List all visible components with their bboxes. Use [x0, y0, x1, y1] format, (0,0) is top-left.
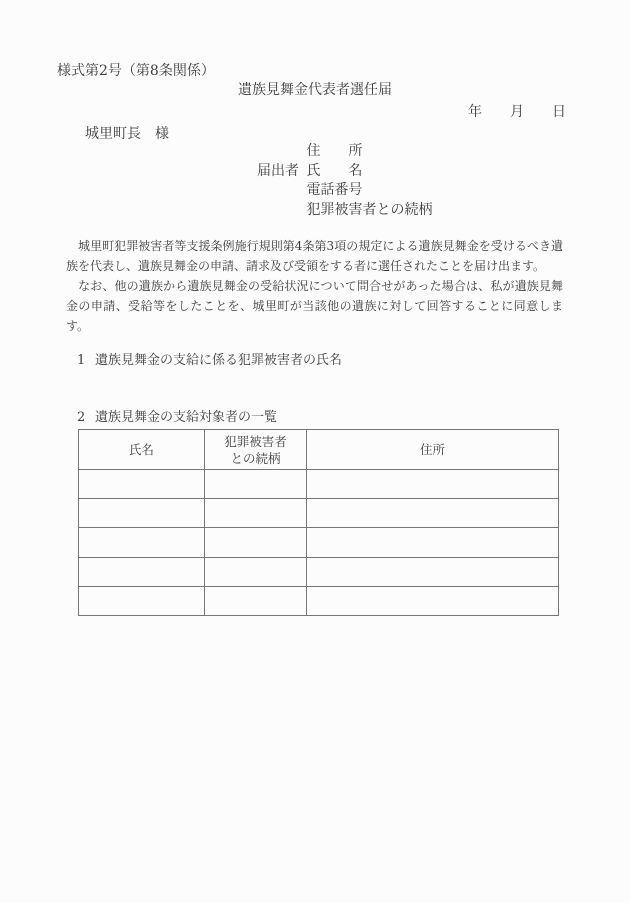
- table-header-address: 住所: [307, 430, 559, 470]
- section-2-heading: 2遺族見舞金の支給対象者の一覧: [77, 410, 277, 426]
- table-cell-empty: [79, 557, 205, 586]
- table-row: [79, 470, 559, 499]
- table-cell-empty: [79, 528, 205, 557]
- applicant-block: 住 所 届出者 氏 名 電話番号 犯罪被害者との続柄: [257, 142, 432, 220]
- body-paragraph-1: 城里町犯罪被害者等支援条例施行規則第4条第3項の規定による遺族見舞金を受けるべき…: [66, 236, 563, 276]
- table-cell-empty: [79, 470, 205, 499]
- address-field-label: 住 所: [306, 143, 362, 159]
- table-row: [79, 557, 559, 586]
- section-1-title: 遺族見舞金の支給に係る犯罪被害者の氏名: [95, 353, 342, 368]
- section-1-number: 1: [77, 353, 95, 369]
- phone-field-label: 電話番号: [306, 182, 362, 198]
- recipients-table: 氏名 犯罪被害者 との続柄 住所: [78, 429, 559, 616]
- applicant-name-row: 届出者 氏 名: [257, 162, 432, 182]
- table-cell-empty: [205, 528, 307, 557]
- table-cell-empty: [205, 586, 307, 615]
- name-field-label: 氏 名: [306, 163, 362, 179]
- applicant-address-row: 住 所: [257, 142, 432, 162]
- table-cell-empty: [79, 499, 205, 528]
- applicant-phone-row: 電話番号: [257, 181, 432, 201]
- applicant-label: 届出者: [257, 162, 302, 182]
- table-cell-empty: [307, 586, 559, 615]
- table-row: [79, 499, 559, 528]
- section-1-heading: 1遺族見舞金の支給に係る犯罪被害者の氏名: [77, 353, 342, 369]
- table-row: [79, 586, 559, 615]
- recipient-line: 城里町長 様: [85, 126, 169, 142]
- table-header-relation: 犯罪被害者 との続柄: [205, 430, 307, 470]
- table-body: [79, 470, 559, 616]
- table-cell-empty: [307, 470, 559, 499]
- table-cell-empty: [205, 499, 307, 528]
- applicant-relation-row: 犯罪被害者との続柄: [257, 201, 432, 221]
- table-header-row: 氏名 犯罪被害者 との続柄 住所: [79, 430, 559, 470]
- form-number-line: 様式第2号（第8条関係）: [57, 63, 215, 79]
- table-cell-empty: [205, 557, 307, 586]
- table-cell-empty: [205, 470, 307, 499]
- document-page: 様式第2号（第8条関係） 遺族見舞金代表者選任届 年 月 日 城里町長 様 住 …: [0, 0, 630, 903]
- table-cell-empty: [307, 557, 559, 586]
- body-paragraph-2: なお、他の遺族から遺族見舞金の受給状況について問合せがあった場合は、私が遺族見舞…: [66, 276, 563, 336]
- table-row: [79, 528, 559, 557]
- table-cell-empty: [79, 586, 205, 615]
- relation-field-label: 犯罪被害者との続柄: [306, 202, 432, 218]
- section-2-title: 遺族見舞金の支給対象者の一覧: [95, 410, 277, 425]
- table-cell-empty: [307, 499, 559, 528]
- section-2-number: 2: [77, 410, 95, 426]
- date-line: 年 月 日: [0, 104, 630, 120]
- body-paragraphs: 城里町犯罪被害者等支援条例施行規則第4条第3項の規定による遺族見舞金を受けるべき…: [66, 236, 563, 336]
- document-title: 遺族見舞金代表者選任届: [0, 82, 630, 98]
- table-cell-empty: [307, 528, 559, 557]
- table-header-name: 氏名: [79, 430, 205, 470]
